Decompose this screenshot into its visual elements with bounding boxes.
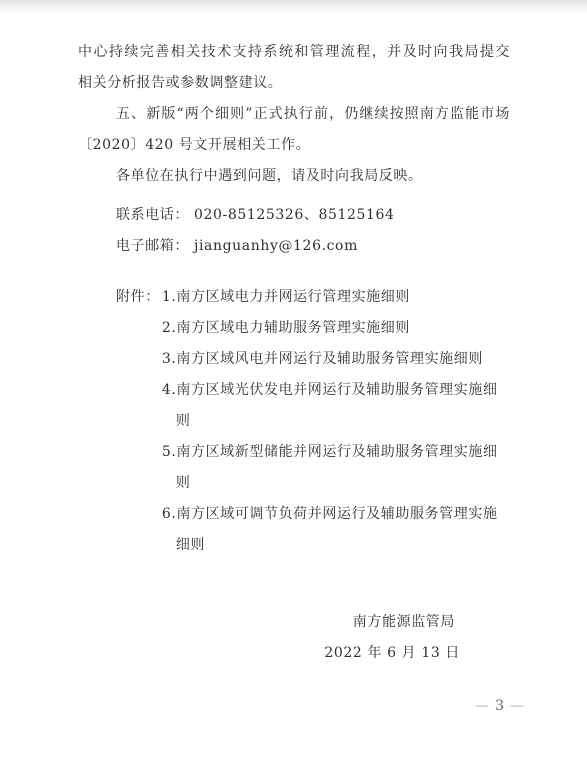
- signature-block: 南方能源监管局 2022 年 6 月 13 日: [78, 607, 510, 669]
- contact-phone-label: 联系电话：: [116, 207, 189, 223]
- page-number-dash-right: —: [510, 698, 524, 714]
- contact-email-label: 电子邮箱：: [116, 238, 189, 254]
- contact-phone-value: 020-85125326、85125164: [194, 207, 395, 223]
- contact-info-block: 联系电话：020-85125326、85125164 电子邮箱：jianguan…: [78, 200, 510, 262]
- contact-email-row: 电子邮箱：jianguanhy@126.com: [78, 231, 510, 262]
- document-page: 中心持续完善相关技术支持系统和管理流程，并及时向我局提交 相关分析报告或参数调整…: [0, 0, 587, 760]
- paragraph-2-line-1: 五、新版“两个细则”正式执行前，仍继续按照南方监能市场: [78, 99, 510, 130]
- paragraph-1-line-2: 相关分析报告或参数调整建议。: [78, 68, 510, 99]
- attachment-item: 1.南方区域电力并网运行管理实施细则: [162, 282, 500, 313]
- attachments-list: 1.南方区域电力并网运行管理实施细则 2.南方区域电力辅助服务管理实施细则 3.…: [162, 282, 500, 561]
- document-content: 中心持续完善相关技术支持系统和管理流程，并及时向我局提交 相关分析报告或参数调整…: [0, 0, 587, 669]
- paragraph-2-line-2: 〔2020〕420 号文开展相关工作。: [78, 130, 510, 161]
- signature-issuer: 南方能源监管局: [78, 607, 460, 638]
- attachment-item: 2.南方区域电力辅助服务管理实施细则: [162, 313, 500, 344]
- page-number-value: 3: [489, 698, 510, 714]
- attachments-section: 附件： 1.南方区域电力并网运行管理实施细则 2.南方区域电力辅助服务管理实施细…: [78, 282, 510, 561]
- contact-email-value: jianguanhy@126.com: [194, 238, 358, 254]
- attachments-label: 附件：: [78, 282, 160, 313]
- attachment-item: 4.南方区域光伏发电并网运行及辅助服务管理实施细则: [162, 375, 500, 437]
- attachment-item: 3.南方区域风电并网运行及辅助服务管理实施细则: [162, 344, 500, 375]
- contact-phone-row: 联系电话：020-85125326、85125164: [78, 200, 510, 231]
- page-number: —3—: [475, 691, 524, 722]
- attachment-item: 5.南方区域新型储能并网运行及辅助服务管理实施细则: [162, 437, 500, 499]
- page-number-dash-left: —: [475, 698, 489, 714]
- attachment-item: 6.南方区域可调节负荷并网运行及辅助服务管理实施细则: [162, 499, 500, 561]
- paragraph-3: 各单位在执行中遇到问题，请及时向我局反映。: [78, 161, 510, 192]
- signature-date: 2022 年 6 月 13 日: [78, 638, 460, 669]
- paragraph-1-line-1: 中心持续完善相关技术支持系统和管理流程，并及时向我局提交: [78, 37, 510, 68]
